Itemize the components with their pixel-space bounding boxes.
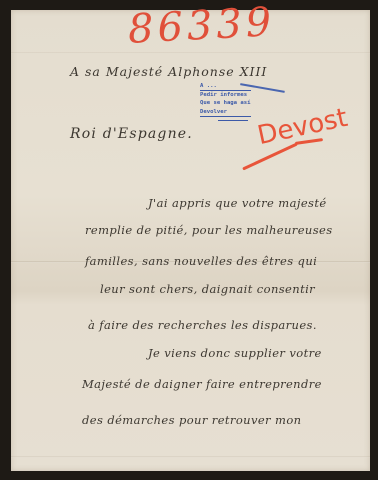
stamp-line: Que se haga así [200, 99, 251, 107]
letter-line: Je viens donc supplier votre [148, 346, 322, 360]
letter-line: leur sont chers, daignait consentir [100, 282, 315, 296]
letter-page [11, 10, 370, 471]
stamp-underline [218, 120, 248, 121]
reference-number: 86339 [127, 0, 276, 53]
stamp-line: Devolver [200, 108, 251, 117]
address-line-2: Roi d'Espagne. [70, 126, 193, 142]
office-stamp: A ... Pedir informes Que se haga así Dev… [200, 82, 251, 117]
paper-fold [11, 52, 370, 54]
letter-line: à faire des recherches les disparues. [88, 318, 317, 332]
letter-line: familles, sans nouvelles des êtres qui [85, 254, 317, 268]
paper-fold [11, 456, 370, 458]
address-line-1: A sa Majesté Alphonse XIII [70, 64, 267, 79]
stamp-line: Pedir informes [200, 91, 251, 99]
letter-line: J'ai appris que votre majesté [148, 196, 327, 210]
letter-line: des démarches pour retrouver mon [82, 413, 301, 427]
letter-line: remplie de pitié, pour les malheureuses [85, 223, 333, 237]
letter-line: Majesté de daigner faire entreprendre [82, 377, 322, 391]
